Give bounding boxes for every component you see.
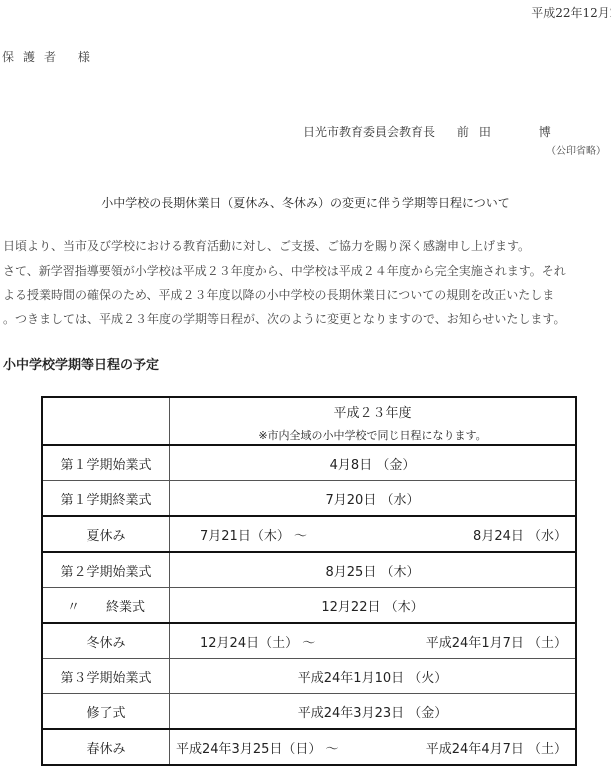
table-row: 夏休み 7月21日（木） ～ 8月24日 （水） (42, 516, 576, 552)
range-from: 7月21日（木） ～ (200, 525, 307, 544)
row-label: 夏休み (42, 516, 170, 552)
addressee: 保護者 様 (2, 48, 99, 65)
row-value: 4月8日 （金） (170, 445, 577, 481)
sender-surname: 前田 (457, 125, 501, 139)
range-from: 12月24日（土） ～ (200, 632, 315, 651)
header-empty-cell (42, 397, 170, 445)
row-label: 第１学期始業式 (42, 445, 170, 481)
row-range: 12月24日（土） ～ 平成24年1月7日 （土） (170, 623, 577, 659)
row-label: 〃 終業式 (42, 588, 170, 624)
seal-note: （公印省略） (546, 142, 606, 157)
table-row: 第２学期始業式 8月25日 （木） (42, 552, 576, 588)
table-row: 〃 終業式 12月22日 （木） (42, 588, 576, 624)
row-value: 12月22日 （木） (170, 588, 577, 624)
sender-given-name: 博 (539, 125, 551, 139)
range-from: 平成24年3月25日（日） ～ (176, 738, 339, 757)
table-row: 冬休み 12月24日（土） ～ 平成24年1月7日 （土） (42, 623, 576, 659)
table-row: 第１学期始業式 4月8日 （金） (42, 445, 576, 481)
table-row: 春休み 平成24年3月25日（日） ～ 平成24年4月7日 （土） (42, 729, 576, 765)
table-header-row: 平成２３年度 ※市内全域の小中学校で同じ日程になります。 (42, 397, 576, 445)
row-label: 春休み (42, 729, 170, 765)
schedule-table: 平成２３年度 ※市内全域の小中学校で同じ日程になります。 第１学期始業式 4月8… (41, 396, 577, 766)
header-cell: 平成２３年度 ※市内全域の小中学校で同じ日程になります。 (170, 397, 577, 445)
body-paragraph: さて、新学習指導要領が小学校は平成２３年度から、中学校は平成２４年度から完全実施… (3, 262, 566, 279)
range-to: 平成24年1月7日 （土） (426, 632, 567, 651)
row-label: 第１学期終業式 (42, 481, 170, 517)
table-row: 第１学期終業式 7月20日 （水） (42, 481, 576, 517)
school-year: 平成２３年度 (170, 402, 575, 421)
row-range: 7月21日（木） ～ 8月24日 （水） (170, 516, 577, 552)
section-heading: 小中学校学期等日程の予定 (3, 354, 159, 373)
row-range: 平成24年3月25日（日） ～ 平成24年4月7日 （土） (170, 729, 577, 765)
row-value: 8月25日 （木） (170, 552, 577, 588)
row-value: 平成24年3月23日 （金） (170, 694, 577, 730)
document-date: 平成22年12月20 (531, 4, 611, 21)
row-value: 7月20日 （水） (170, 481, 577, 517)
document-title: 小中学校の長期休業日（夏休み、冬休み）の変更に伴う学期等日程について (0, 194, 611, 211)
sender-organization: 日光市教育委員会教育長 (303, 125, 435, 139)
row-label: 修了式 (42, 694, 170, 730)
schedule-note: ※市内全域の小中学校で同じ日程になります。 (170, 427, 575, 443)
body-paragraph: よる授業時間の確保のため、平成２３年度以降の小中学校の長期休業日についての規則を… (3, 286, 554, 303)
sender-block: 日光市教育委員会教育長 前田 博 (303, 123, 551, 140)
row-label: 第３学期始業式 (42, 659, 170, 694)
row-label: 冬休み (42, 623, 170, 659)
table-row: 修了式 平成24年3月23日 （金） (42, 694, 576, 730)
range-to: 平成24年4月7日 （土） (426, 738, 567, 757)
row-value: 平成24年1月10日 （火） (170, 659, 577, 694)
body-paragraph: 。つきましては、平成２３年度の学期等日程が、次のように変更となりますので、お知ら… (3, 310, 565, 327)
range-to: 8月24日 （水） (473, 525, 567, 544)
body-paragraph: 日頃より、当市及び学校における教育活動に対し、ご支援、ご協力を賜り深く感謝申し上… (3, 237, 530, 254)
table-row: 第３学期始業式 平成24年1月10日 （火） (42, 659, 576, 694)
row-label: 第２学期始業式 (42, 552, 170, 588)
